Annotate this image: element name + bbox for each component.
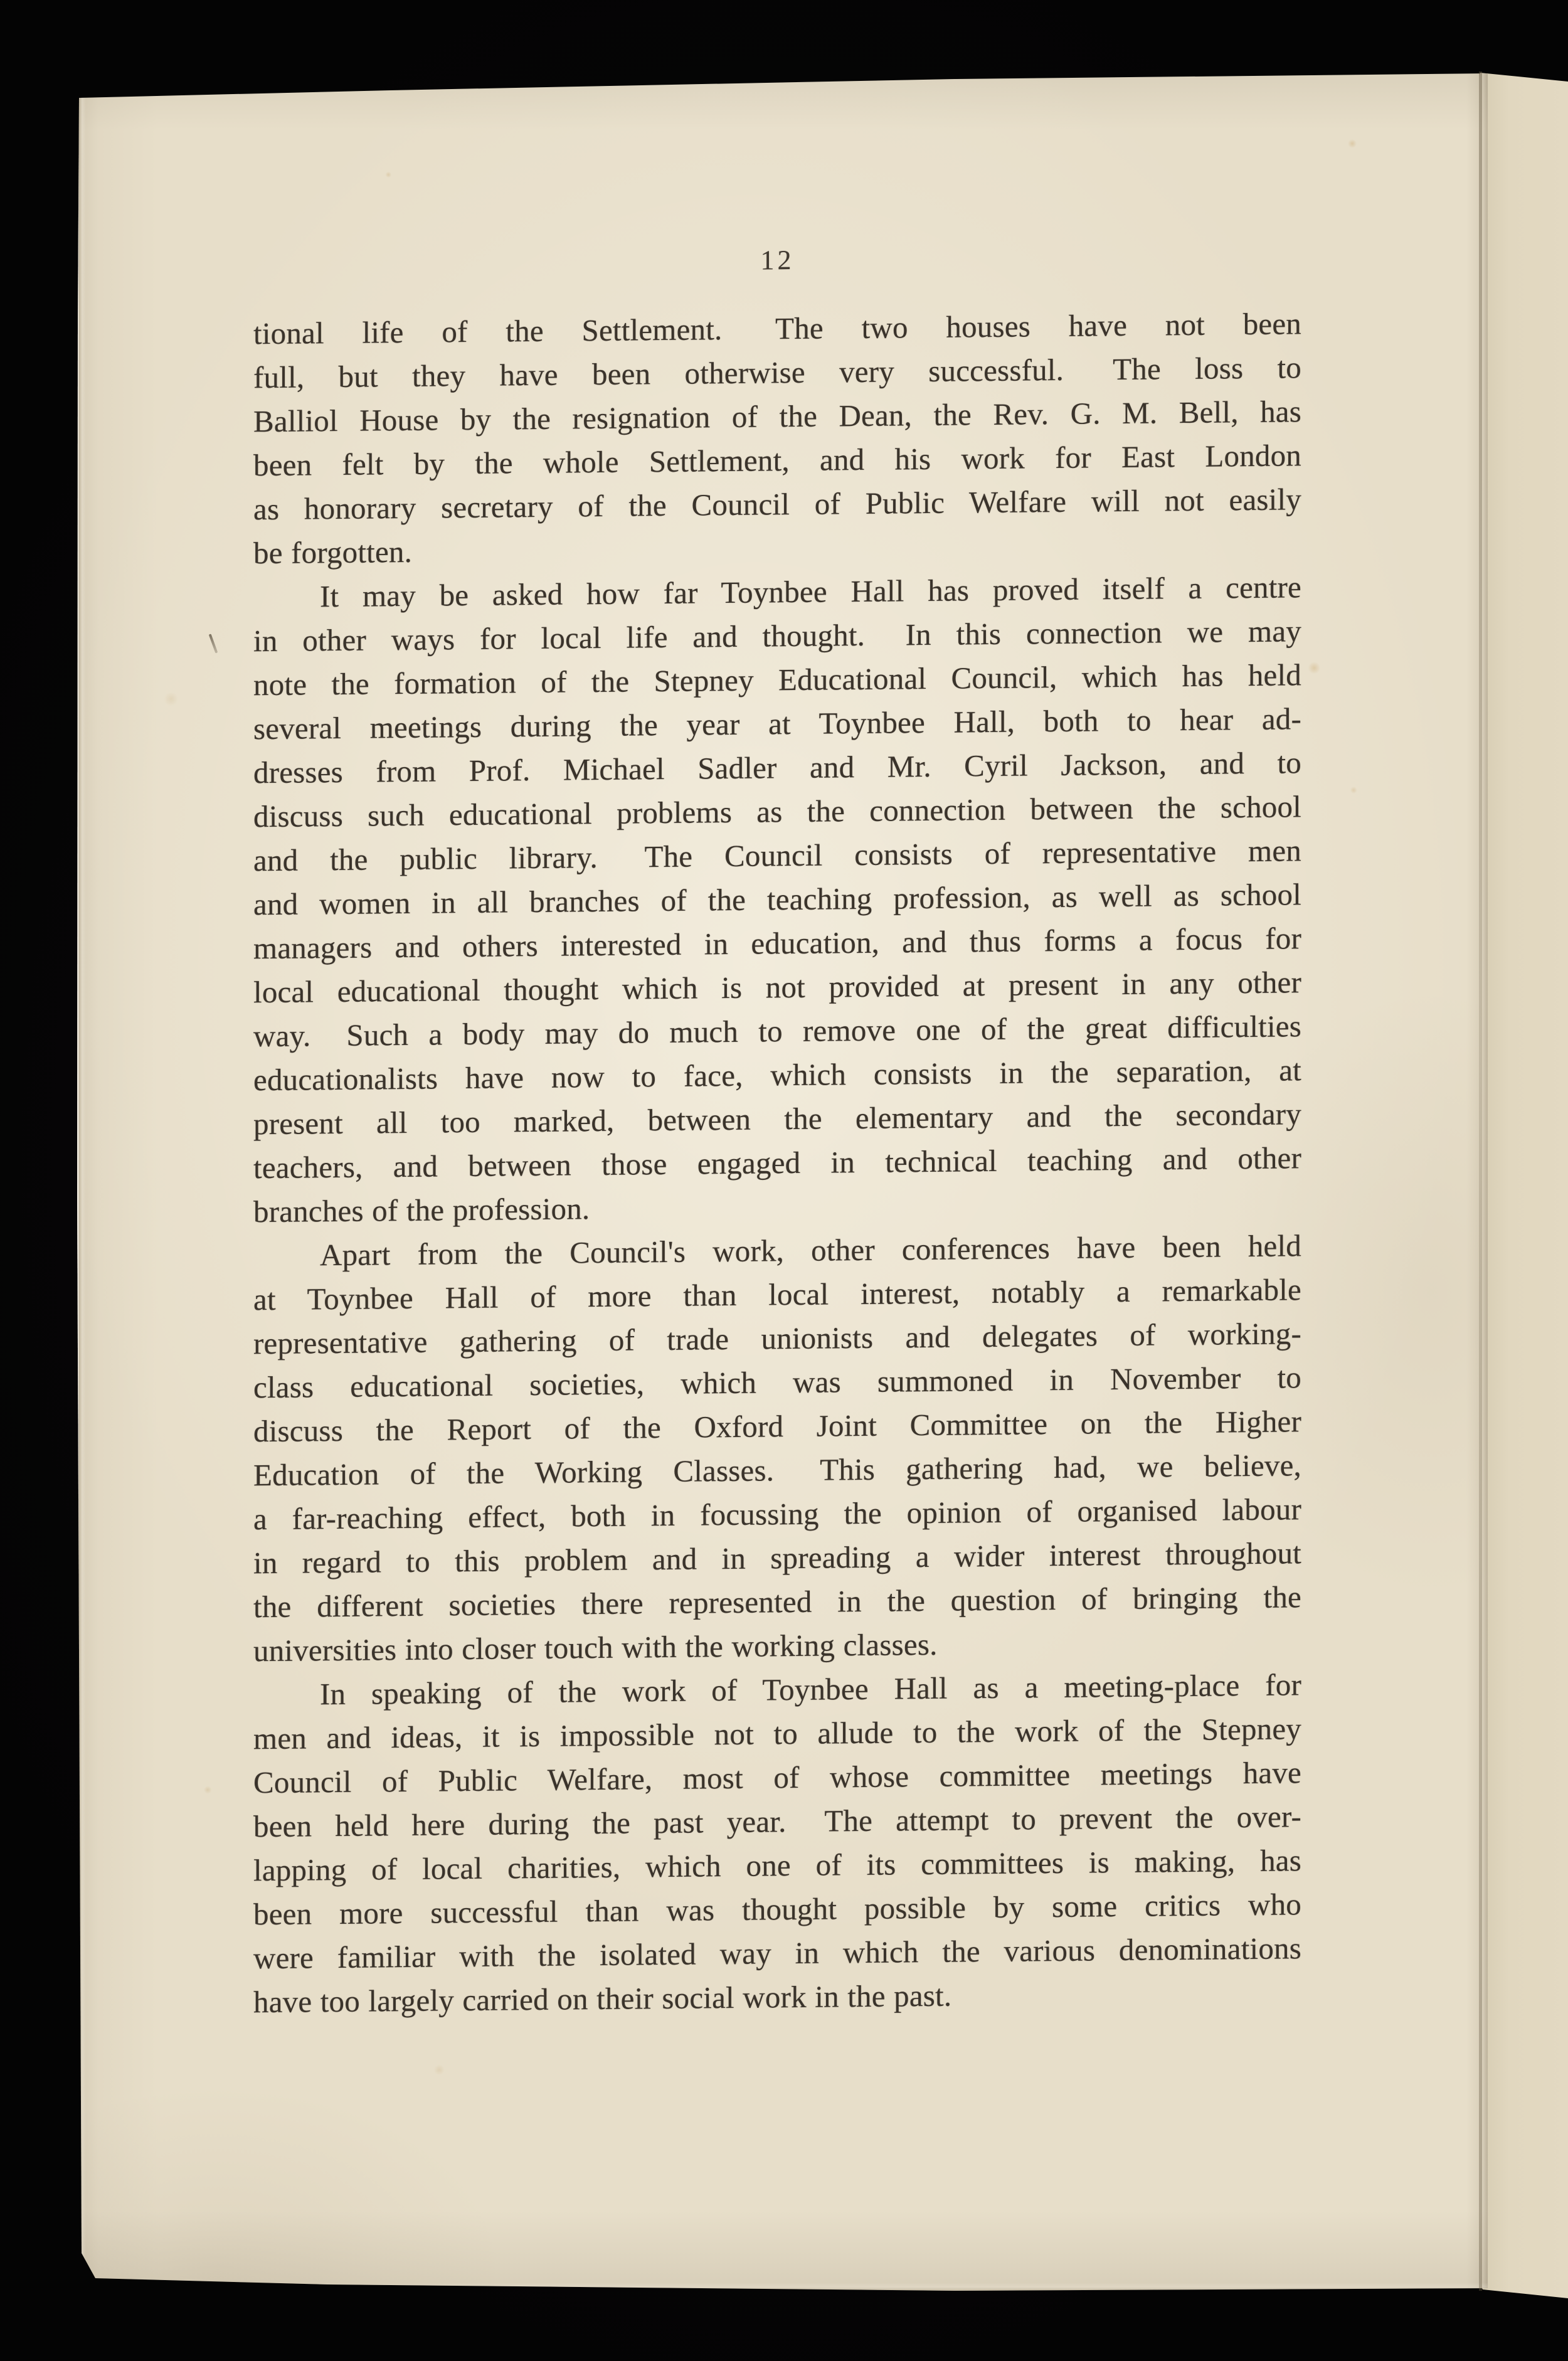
book-page: 12 tional life of the Settlement. The tw… [77, 70, 1488, 2292]
paragraph: Apart from the Council's work, other con… [253, 1224, 1301, 1673]
text-line: have too largely carried on their social… [253, 1970, 1301, 2024]
text-block: tional life of the Settlement. The two h… [253, 302, 1301, 2024]
printed-sheet: 12 tional life of the Settlement. The tw… [77, 56, 1488, 2292]
paragraph: It may be asked how far Toynbee Hall has… [253, 565, 1301, 1234]
paragraph: In speaking of the work of Toynbee Hall … [253, 1663, 1301, 2024]
photo-background: 12 tional life of the Settlement. The tw… [0, 0, 1568, 2361]
page-number: 12 [253, 239, 1301, 282]
adjacent-page-edge [1475, 48, 1568, 2298]
page-fold-crease [1479, 72, 1482, 2291]
paragraph: tional life of the Settlement. The two h… [253, 302, 1301, 575]
